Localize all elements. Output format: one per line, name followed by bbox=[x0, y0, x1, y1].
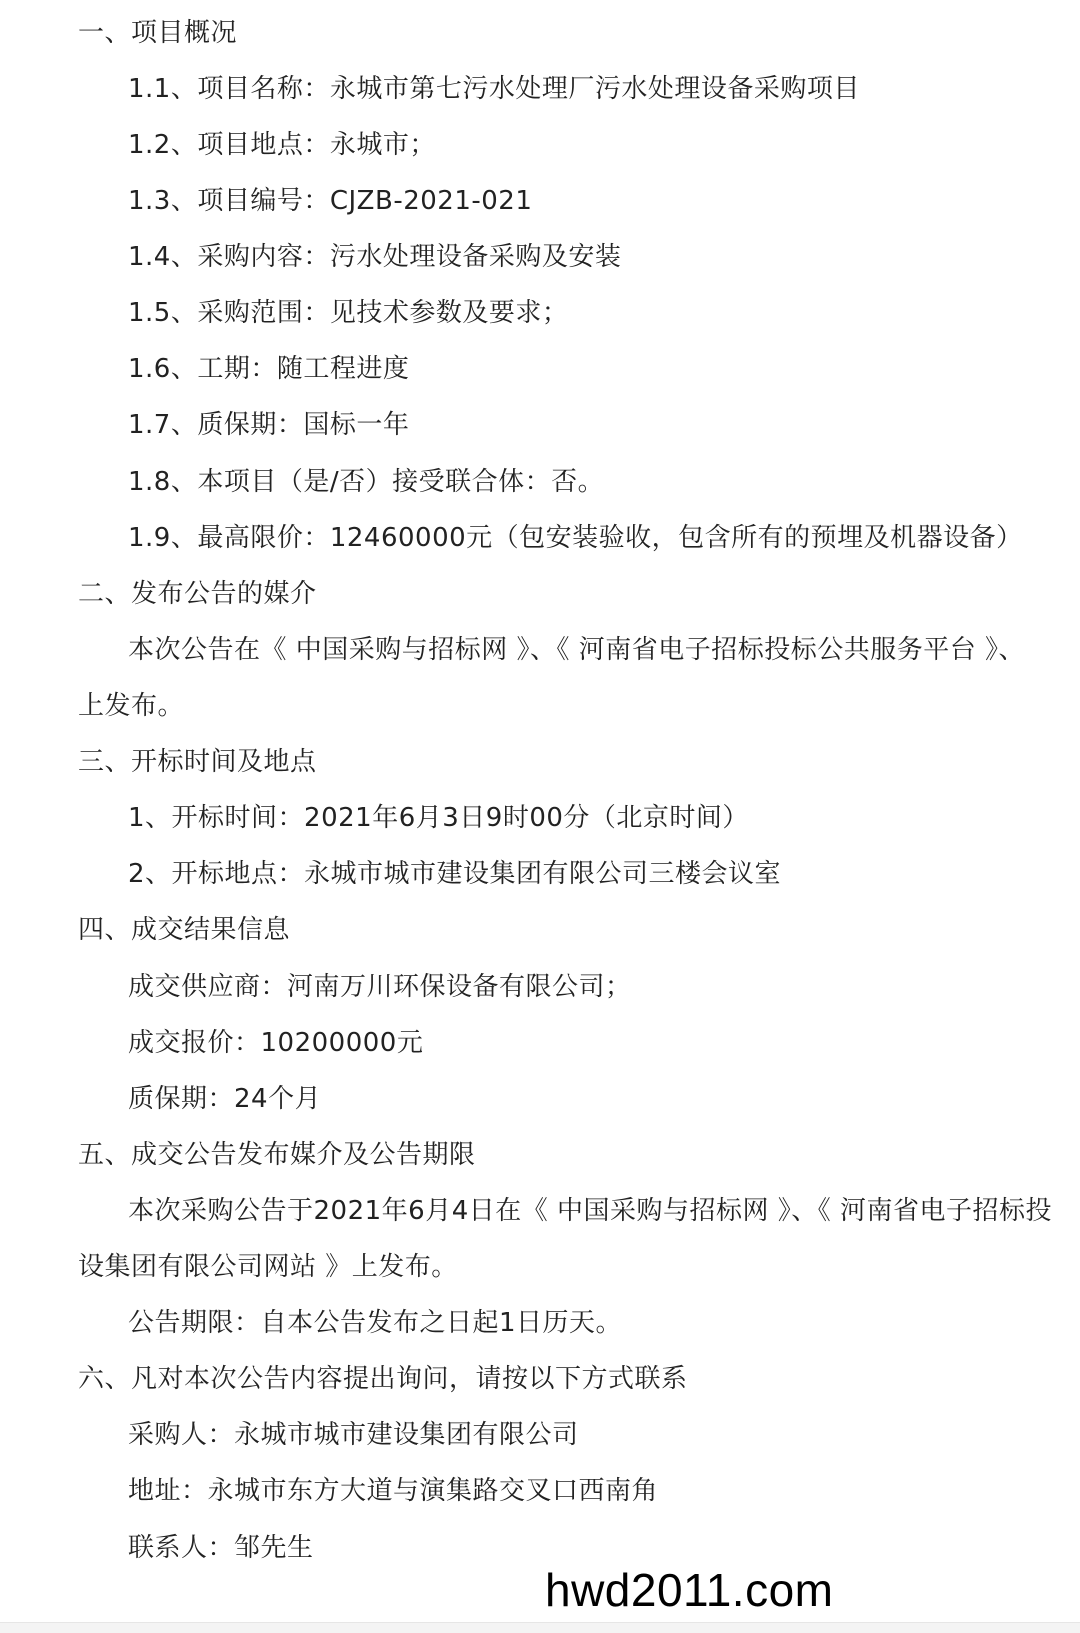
watermark: hwd2011.com bbox=[545, 1565, 834, 1615]
procurement-content: 1.4、采购内容：污水处理设备采购及安装 bbox=[128, 241, 621, 273]
purchaser: 采购人：永城市城市建设集团有限公司 bbox=[128, 1419, 579, 1451]
max-price: 1.9、最高限价：12460000元（包安装验收，包含所有的预埋及机器设备） bbox=[128, 522, 1023, 554]
section-heading-project-overview: 一、项目概况 bbox=[78, 17, 237, 49]
project-location: 1.2、项目地点：永城市； bbox=[128, 129, 436, 161]
announcement-media-text-cont: 设集团有限公司网站 》上发布。 bbox=[78, 1251, 458, 1283]
publication-media-text-cont: 上发布。 bbox=[78, 690, 184, 722]
section-heading-transaction-result: 四、成交结果信息 bbox=[78, 914, 290, 946]
announcement-document: 一、项目概况 1.1、项目名称：永城市第七污水处理厂污水处理设备采购项目 1.2… bbox=[0, 0, 1080, 1633]
announcement-period: 公告期限：自本公告发布之日起1日历天。 bbox=[128, 1307, 622, 1339]
contact-person: 联系人：邹先生 bbox=[128, 1532, 314, 1564]
bid-opening-time: 1、开标时间：2021年6月3日9时00分（北京时间） bbox=[128, 802, 749, 834]
construction-period: 1.6、工期：随工程进度 bbox=[128, 353, 409, 385]
section-heading-contact: 六、凡对本次公告内容提出询问，请按以下方式联系 bbox=[78, 1363, 688, 1395]
section-heading-announcement-media-period: 五、成交公告发布媒介及公告期限 bbox=[78, 1139, 476, 1171]
consortium-accepted: 1.8、本项目（是/否）接受联合体：否。 bbox=[128, 466, 604, 498]
procurement-scope: 1.5、采购范围：见技术参数及要求； bbox=[128, 297, 568, 329]
project-name: 1.1、项目名称：永城市第七污水处理厂污水处理设备采购项目 bbox=[128, 73, 860, 105]
warranty-period: 1.7、质保期：国标一年 bbox=[128, 409, 409, 441]
address: 地址：永城市东方大道与演集路交叉口西南角 bbox=[128, 1475, 658, 1507]
section-heading-publication-media: 二、发布公告的媒介 bbox=[78, 578, 317, 610]
section-heading-bid-opening: 三、开标时间及地点 bbox=[78, 746, 317, 778]
winning-bid-price: 成交报价：10200000元 bbox=[128, 1027, 423, 1059]
bottom-bar bbox=[0, 1622, 1080, 1633]
winning-supplier: 成交供应商：河南万川环保设备有限公司； bbox=[128, 971, 632, 1003]
project-number: 1.3、项目编号：CJZB-2021-021 bbox=[128, 185, 532, 217]
bid-opening-location: 2、开标地点：永城市城市建设集团有限公司三楼会议室 bbox=[128, 858, 781, 890]
publication-media-text: 本次公告在《 中国采购与招标网 》、《 河南省电子招标投标公共服务平台 》、 bbox=[128, 634, 1025, 666]
winning-warranty: 质保期：24个月 bbox=[128, 1083, 321, 1115]
announcement-media-text: 本次采购公告于2021年6月4日在《 中国采购与招标网 》、《 河南省电子招标投 bbox=[128, 1195, 1052, 1227]
